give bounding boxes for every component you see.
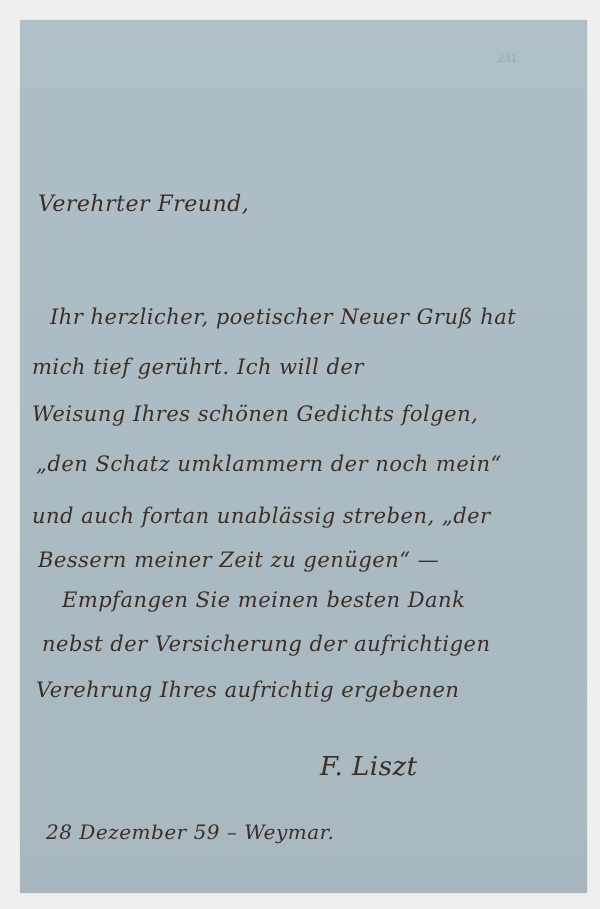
body-line: Empfangen Sie meinen besten Dank [62,588,465,612]
pencil-mark: 231 [498,50,518,66]
body-line: Ihr herzlicher, poetischer Neuer Gruß ha… [50,305,516,329]
body-line: und auch fortan unablässig streben, „der [32,504,491,528]
body-line: „den Schatz umklammern der noch mein“ [36,452,502,476]
body-line: nebst der Versicherung der aufrichtigen [42,632,490,656]
salutation: Verehrter Freund, [38,192,249,217]
dateline: 28 Dezember 59 – Weymar. [46,820,334,844]
signature: F. Liszt [320,752,418,782]
body-line: Verehrung Ihres aufrichtig ergebenen [36,678,459,702]
body-line: Weisung Ihres schönen Gedichts folgen, [32,402,478,426]
body-line: mich tief gerührt. Ich will der [32,355,364,379]
letter-sheet: 231 Verehrter Freund, Ihr herzlicher, po… [20,20,587,893]
body-line: Bessern meiner Zeit zu genügen“ — [38,548,439,572]
